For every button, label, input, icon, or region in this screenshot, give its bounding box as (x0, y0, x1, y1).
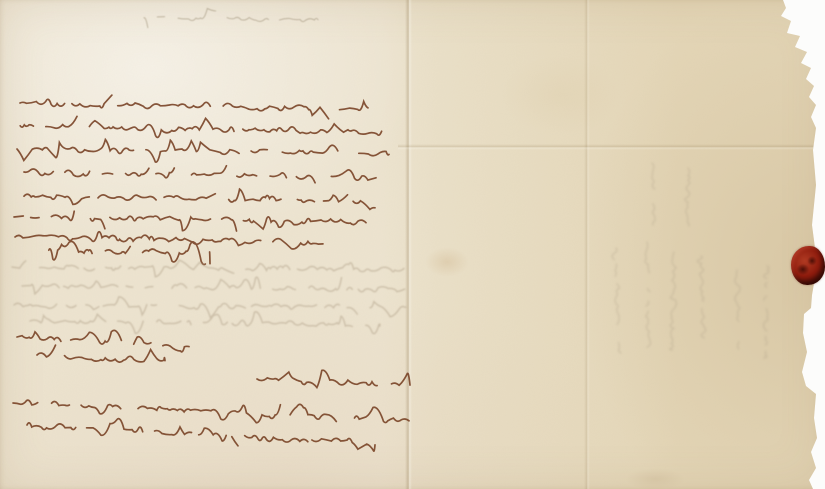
letter-photo (0, 0, 825, 489)
paper-grain-texture (0, 0, 825, 489)
letter-sheet (0, 0, 825, 489)
handwriting-ink-layer (0, 0, 825, 489)
wax-seal (791, 246, 825, 285)
